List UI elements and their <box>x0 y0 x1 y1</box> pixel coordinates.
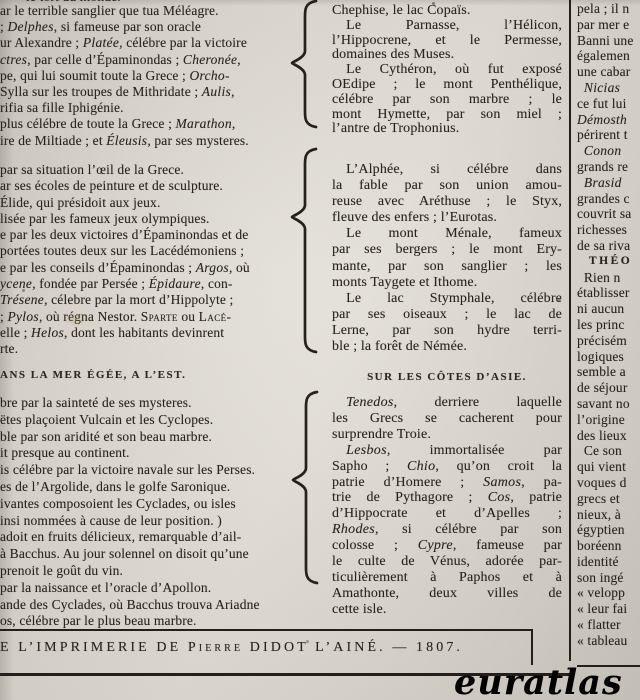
column-divider-rule <box>569 0 571 661</box>
printer-imprint: E L’IMPRIMERIE DE Pierre DIDOT L’AINÉ. —… <box>0 640 545 656</box>
curly-brace <box>293 392 317 583</box>
ink-speck <box>22 289 25 292</box>
footer-top-rule <box>0 629 532 631</box>
curly-brace <box>292 149 316 352</box>
ink-speck <box>558 298 561 301</box>
curly-brace <box>292 1 316 127</box>
euratlas-watermark: euratlas <box>454 662 623 700</box>
paper-stain <box>62 312 88 327</box>
curly-braces-layer <box>0 0 640 700</box>
ink-speck <box>432 2 435 5</box>
